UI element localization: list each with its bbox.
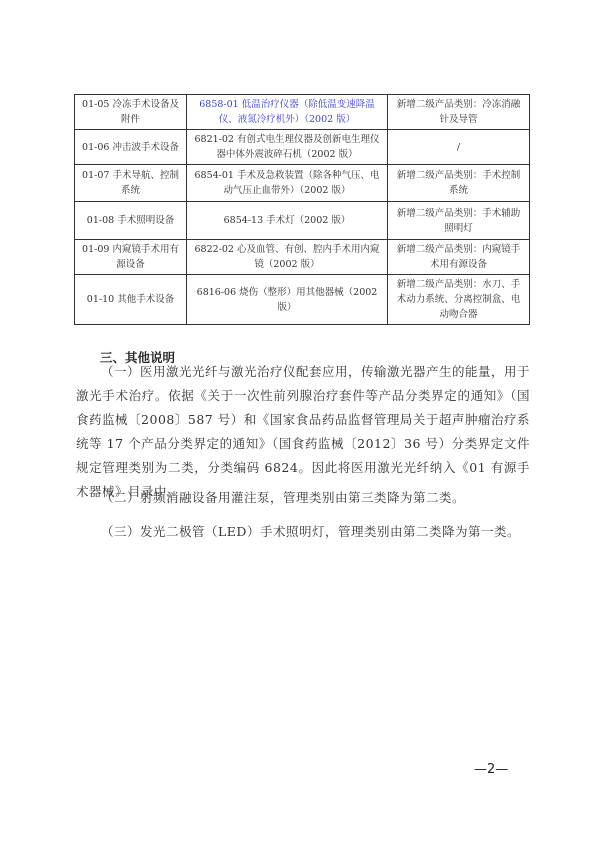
category-cell: 01-08 手术照明设备 bbox=[75, 202, 187, 240]
category-cell: 01-07 手术导航、控制系统 bbox=[75, 165, 187, 202]
table-row: 01-09 内窥镜手术用有源设备 6822-02 心及血管、有创、腔内手术用内窥… bbox=[75, 240, 530, 275]
classification-table: 01-05 冷冻手术设备及附件 6858-01 低温治疗仪器（除低温变速降温仪、… bbox=[74, 94, 530, 325]
remark-cell: 新增二级产品类别：手术控制系统 bbox=[388, 165, 530, 202]
remark-cell: / bbox=[388, 130, 530, 165]
old-catalog-cell: 6858-01 低温治疗仪器（除低温变速降温仪、液氮冷疗机外）（2002 版） bbox=[187, 95, 388, 130]
table-row: 01-10 其他手术设备 6816-06 烧伤（整形）用其他器械（2002 版）… bbox=[75, 275, 530, 325]
old-catalog-cell: 6821-02 有创式电生理仪器及创新电生理仪器中体外震波碎石机（2002 版） bbox=[187, 130, 388, 165]
category-cell: 01-06 冲击波手术设备 bbox=[75, 130, 187, 165]
table-row: 01-06 冲击波手术设备 6821-02 有创式电生理仪器及创新电生理仪器中体… bbox=[75, 130, 530, 165]
paragraph-3: （三）发光二极管（LED）手术照明灯，管理类别由第二类降为第一类。 bbox=[76, 520, 530, 544]
category-cell: 01-09 内窥镜手术用有源设备 bbox=[75, 240, 187, 275]
remark-cell: 新增二级产品类别：冷冻消融针及导管 bbox=[388, 95, 530, 130]
table-row: 01-05 冷冻手术设备及附件 6858-01 低温治疗仪器（除低温变速降温仪、… bbox=[75, 95, 530, 130]
old-catalog-cell: 6822-02 心及血管、有创、腔内手术用内窥镜（2002 版） bbox=[187, 240, 388, 275]
table-row: 01-08 手术照明设备 6854-13 手术灯（2002 版） 新增二级产品类… bbox=[75, 202, 530, 240]
remark-cell: 新增二级产品类别：水刀、手术动力系统、分离控制盒、电动吻合器 bbox=[388, 275, 530, 325]
paragraph-1: （一）医用激光光纤与激光治疗仪配套应用，传输激光器产生的能量，用于激光手术治疗。… bbox=[76, 360, 530, 504]
old-catalog-cell: 6854-01 手术及急救装置（除各种气压、电动气压止血带外）（2002 版） bbox=[187, 165, 388, 202]
page-number: —2— bbox=[474, 762, 508, 777]
paragraph-2: （二）射频消融设备用灌注泵，管理类别由第三类降为第二类。 bbox=[76, 486, 530, 510]
table-row: 01-07 手术导航、控制系统 6854-01 手术及急救装置（除各种气压、电动… bbox=[75, 165, 530, 202]
old-catalog-cell: 6816-06 烧伤（整形）用其他器械（2002 版） bbox=[187, 275, 388, 325]
remark-cell: 新增二级产品类别：手术辅助照明灯 bbox=[388, 202, 530, 240]
category-cell: 01-10 其他手术设备 bbox=[75, 275, 187, 325]
category-cell: 01-05 冷冻手术设备及附件 bbox=[75, 95, 187, 130]
remark-cell: 新增二级产品类别：内窥镜手术用有源设备 bbox=[388, 240, 530, 275]
old-catalog-cell: 6854-13 手术灯（2002 版） bbox=[187, 202, 388, 240]
